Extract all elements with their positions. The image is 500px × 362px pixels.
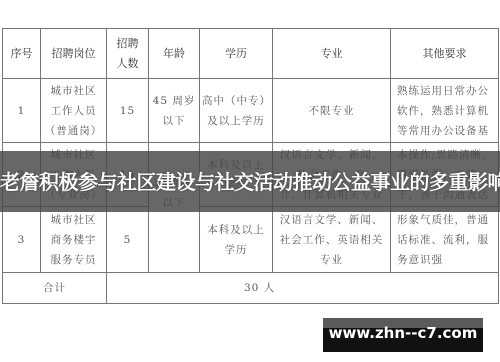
other-line: 形象气质佳，普通 [397,210,496,230]
cell-major: 不限专业 [273,79,391,143]
cell-count: 15 [107,79,149,143]
table-header-row: 序号 招聘岗位 招聘 人数 年龄 学历 专业 其他要求 [3,29,499,79]
cell-education: 本科及以上 学历 [200,207,273,273]
other-line: 务意识强 [397,250,496,270]
header-count: 招聘 人数 [107,29,149,79]
header-other: 其他要求 [391,29,499,79]
total-label: 合计 [3,273,107,304]
cell-position: 城市社区 商务楼宇 服务专员 [41,207,107,273]
position-line: 城市社区 [43,81,104,101]
table-row: 3 城市社区 商务楼宇 服务专员 5 本科及以上 学历 汉语言文学、新闻、 社会… [3,207,499,273]
header-education: 学历 [200,29,273,79]
education-line: 高中（中专） [202,91,270,111]
cell-position: 城市社区 工作人员 （普通岗） [41,79,107,143]
position-line: （普通岗） [43,121,104,141]
table-row: 1 城市社区 工作人员 （普通岗） 15 45 周岁 以下 高中（中专） 及以上… [3,79,499,143]
header-no: 序号 [3,29,41,79]
header-position: 招聘岗位 [41,29,107,79]
cell-no: 1 [3,79,41,143]
education-line: 及以上学历 [202,111,270,131]
position-line: 商务楼宇 [43,230,104,250]
education-line: 学历 [202,240,270,260]
header-age: 年龄 [149,29,200,79]
major-line: 社会工作、英语相关 [275,230,388,250]
education-line: 本科及以上 [202,220,270,240]
age-line: 45 周岁 [151,91,197,111]
position-line: 工作人员 [43,101,104,121]
cell-education: 高中（中专） 及以上学历 [200,79,273,143]
cell-other: 形象气质佳，普通 话标准、流利，服 务意识强 [391,207,499,273]
cell-major: 汉语言文学、新闻、 社会工作、英语相关 专业 [273,207,391,273]
other-line: 等常用办公设备基 [397,121,496,141]
table-total-row: 合计 30 人 [3,273,499,304]
total-value: 30 人 [107,273,499,304]
cell-no: 3 [3,207,41,273]
major-line: 汉语言文学、新闻、 [275,210,388,230]
watermark-text: www.zhn--c7.com [323,324,483,342]
position-line: 城市社区 [43,210,104,230]
other-line: 软件，熟悉计算机 [397,101,496,121]
other-line: 话标准、流利，服 [397,230,496,250]
major-line: 专业 [275,250,388,270]
age-line: 以下 [151,111,197,131]
cell-age: 45 周岁 以下 [149,79,200,143]
overlay-title: 老詹积极参与社区建设与社交活动推动公益事业的多重影响 [0,166,500,196]
header-major: 专业 [273,29,391,79]
header-count-line2: 人数 [109,54,146,74]
cell-count: 5 [107,207,149,273]
cell-other: 熟练运用日常办公 软件，熟悉计算机 等常用办公设备基 [391,79,499,143]
header-count-line1: 招聘 [109,34,146,54]
other-line: 熟练运用日常办公 [397,81,496,101]
watermark: www.zhn--c7.com [323,318,483,352]
position-line: 服务专员 [43,250,104,270]
